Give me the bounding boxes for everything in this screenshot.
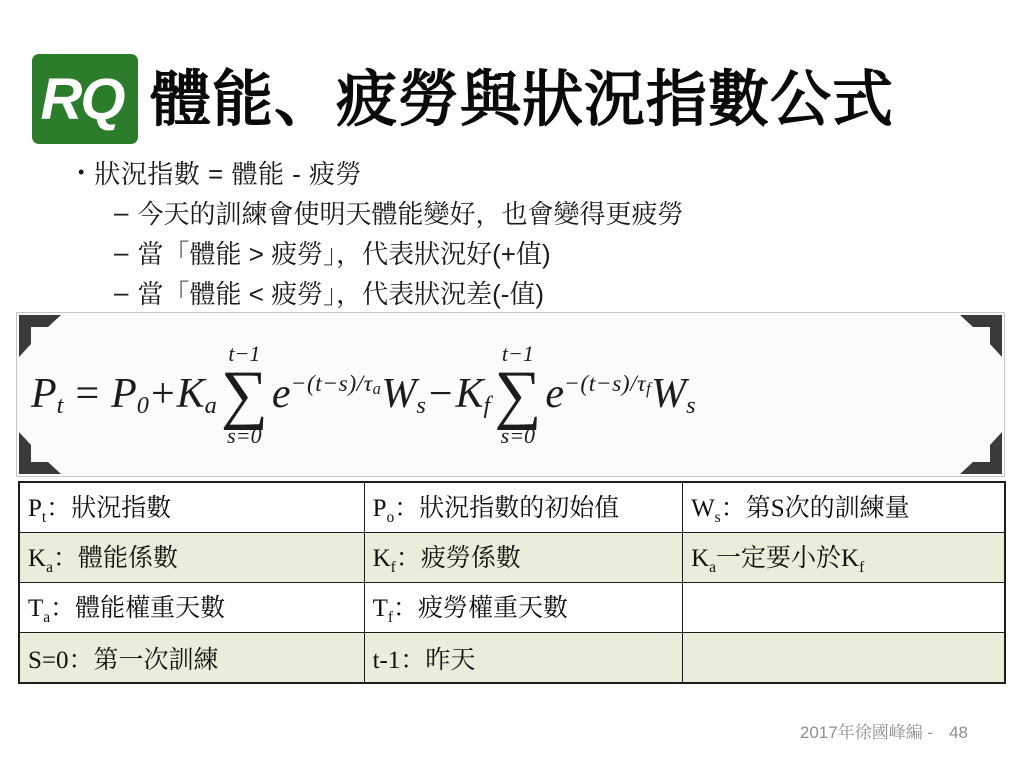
bullet-text: 當「體能 < 疲勞」，代表狀況差(-值) [137,274,544,311]
table-row: Ta：體能權重天數Tf：疲勞權重天數 [19,583,1005,633]
bullet-marker: • [78,162,84,183]
table-cell-subscript: a [709,559,716,576]
table-cell-text: K [373,545,391,572]
fitness-fatigue-formula: Pt = P0 + Ka t−1 ∑ s=0 e−(t−s)/τaWs − Kf… [31,342,696,448]
table-cell-subscript: a [46,559,53,576]
table-cell: Ka一定要小於Kf [683,533,1005,583]
legend-table: Pt：狀況指數Po：狀況指數的初始值Ws：第S次的訓練量Ka：體能係數Kf：疲勞… [18,481,1006,684]
table-cell-text: K [691,545,709,572]
formula-frame: Pt = P0 + Ka t−1 ∑ s=0 e−(t−s)/τaWs − Kf… [16,312,1005,477]
slide: RQ 體能、疲勞與狀況指數公式 • 狀況指數 = 體能 - 疲勞 – 今天的訓練… [0,0,1024,768]
table-cell [683,633,1005,684]
table-cell-text: ：第S次的訓練量 [721,495,910,522]
table-cell [683,583,1005,633]
table-cell: Ws：第S次的訓練量 [683,482,1005,533]
table-cell-text: T [28,595,43,622]
bullet-text: 今天的訓練會使明天體能變好，也會變得更疲勞 [137,194,683,231]
frame-corner-icon [958,315,1002,359]
table-cell-text: t-1：昨天 [373,647,476,674]
bullet-list: • 狀況指數 = 體能 - 疲勞 – 今天的訓練會使明天體能變好，也會變得更疲勞… [78,152,683,312]
summation: t−1 ∑ s=0 [221,342,268,448]
table-cell-subscript: f [859,559,864,576]
bullet-item: – 當「體能 > 疲勞」，代表狀況好(+值) [114,232,683,272]
bullet-marker: – [114,197,128,228]
bullet-item: • 狀況指數 = 體能 - 疲勞 [78,152,683,192]
table-cell-text: W [691,495,715,522]
table-cell: Pt：狀況指數 [19,482,364,533]
table-row: Ka：體能係數Kf：疲勞係數Ka一定要小於Kf [19,533,1005,583]
table-cell: Kf：疲勞係數 [364,533,682,583]
table-row: S=0：第一次訓練t-1：昨天 [19,633,1005,684]
legend-table-body: Pt：狀況指數Po：狀況指數的初始值Ws：第S次的訓練量Ka：體能係數Kf：疲勞… [19,482,1005,683]
table-cell: Ta：體能權重天數 [19,583,364,633]
frame-corner-icon [958,430,1002,474]
table-row: Pt：狀況指數Po：狀況指數的初始值Ws：第S次的訓練量 [19,482,1005,533]
table-cell-text: ：體能係數 [53,545,178,572]
bullet-text: 狀況指數 = 體能 - 疲勞 [94,154,362,191]
footer-credit: 2017年徐國峰編 - [800,718,933,743]
table-cell: t-1：昨天 [364,633,682,684]
rq-logo-text: RQ [41,66,130,133]
bullet-marker: – [114,277,128,308]
bullet-text: 當「體能 > 疲勞」，代表狀況好(+值) [137,234,550,271]
table-cell-text: K [28,545,46,572]
bullet-marker: – [114,237,128,268]
table-cell-text: ：疲勞係數 [396,545,521,572]
table-cell-text: P [373,495,387,522]
sigma-symbol: ∑ [221,365,268,424]
header: RQ 體能、疲勞與狀況指數公式 [32,28,894,171]
table-cell: Po：狀況指數的初始值 [364,482,682,533]
table-cell-text: ：體能權重天數 [50,595,225,622]
table-cell-text: ：狀況指數 [46,495,171,522]
table-cell: S=0：第一次訓練 [19,633,364,684]
table-cell: Ka：體能係數 [19,533,364,583]
page-number: 48 [949,723,968,743]
table-cell-text: 一定要小於K [716,545,859,572]
bullet-item: – 今天的訓練會使明天體能變好，也會變得更疲勞 [114,192,683,232]
page-title: 體能、疲勞與狀況指數公式 [150,69,894,130]
rq-logo: RQ [32,54,138,144]
table-cell-text: P [28,495,42,522]
sigma-symbol: ∑ [494,365,541,424]
table-cell-text: ：疲勞權重天數 [393,595,568,622]
bullet-item: – 當「體能 < 疲勞」，代表狀況差(-值) [114,272,683,312]
summation: t−1 ∑ s=0 [494,342,541,448]
table-cell: Tf：疲勞權重天數 [364,583,682,633]
table-cell-text: T [373,595,388,622]
footer: 2017年徐國峰編 - 48 [800,718,968,743]
table-cell-text: ：狀況指數的初始值 [394,495,619,522]
table-cell-text: S=0：第一次訓練 [28,647,219,674]
